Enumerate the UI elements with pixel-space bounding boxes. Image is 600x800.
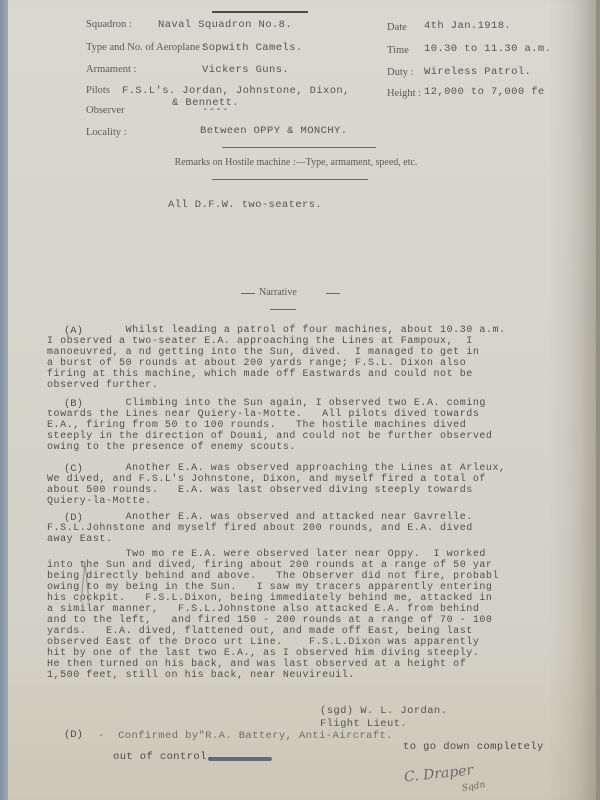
- typed-rank: Flight Lieut.: [320, 718, 407, 730]
- pencil-mark-icon: [78, 560, 92, 604]
- narrative-line: He then turned on his back, and was last…: [47, 659, 466, 670]
- narrative-heading: Narrative: [259, 287, 297, 298]
- narrative-underline: [270, 309, 296, 310]
- remarks-heading: Remarks on Hostile machine :—Type, armam…: [0, 157, 596, 168]
- narrative-line: manoeuvred, a nd getting into the Sun, d…: [47, 347, 479, 358]
- remarks-text: All D.F.W. two-seaters.: [168, 199, 322, 211]
- label-time: Time: [387, 45, 409, 56]
- narrative-line: towards the Lines near Quiery-la-Motte. …: [47, 409, 479, 420]
- value-pilots: F.S.L's. Jordan, Johnstone, Dixon,: [122, 85, 350, 97]
- confirmation-insert: to go down completely: [403, 741, 544, 753]
- narrative-line: being directly behind and above. The Obs…: [47, 571, 499, 582]
- confirmation-line-2: out of control.: [113, 751, 214, 763]
- label-aeroplane: Type and No. of Aeroplane :: [86, 42, 205, 53]
- narrative-line: firing at this machine, which made off E…: [47, 369, 473, 380]
- narrative-dash-right: [326, 293, 340, 294]
- value-squadron: Naval Squadron No.8.: [158, 19, 292, 31]
- value-locality: Between OPPY & MONCHY.: [200, 125, 347, 137]
- narrative-line: I observed a two-seater E.A. approaching…: [47, 336, 473, 347]
- struck-out-text: [208, 757, 272, 761]
- label-height: Height :: [387, 88, 421, 99]
- narrative-line: Another E.A. was observed and attacked n…: [47, 512, 473, 523]
- value-armament: Vickers Guns.: [202, 64, 289, 76]
- narrative-line: observed East of the Droco urt Line. F.S…: [47, 637, 479, 648]
- label-armament: Armament :: [86, 64, 136, 75]
- narrative-line: a burst of 50 rounds at about 200 yards …: [47, 358, 466, 369]
- narrative-line: F.S.L.Johnstone and myself fired about 2…: [47, 523, 473, 534]
- narrative-line: E.A., firing from 50 to 100 rounds. The …: [47, 420, 466, 431]
- narrative-dash-left: [241, 293, 255, 294]
- narrative-line: and to the left, and fired 150 - 200 rou…: [47, 615, 492, 626]
- typed-signature: (sgd) W. L. Jordan.: [320, 705, 447, 717]
- label-observer: Observer: [86, 105, 124, 116]
- label-squadron: Squadron :: [86, 19, 132, 30]
- paragraph-marker-d-confirm: (D): [64, 729, 83, 741]
- narrative-line: hit by one of the last two E.A., as I ob…: [47, 648, 479, 659]
- narrative-line: 1,500 feet, still on his back, near Neuv…: [47, 670, 355, 681]
- narrative-line: We dived, and F.S.L's Johnstone, Dixon, …: [47, 474, 486, 485]
- narrative-line: Whilst leading a patrol of four machines…: [47, 325, 506, 336]
- confirmation-line-1: - Confirmed by"R.A. Battery, Anti-Aircra…: [98, 730, 393, 742]
- label-pilots: Pilots: [86, 85, 110, 96]
- value-date: 4th Jan.1918.: [424, 20, 511, 32]
- narrative-line: Climbing into the Sun again, I observed …: [47, 398, 486, 409]
- narrative-line: yards. E.A. dived, flattened out, and ma…: [47, 626, 473, 637]
- value-duty: Wireless Patrol.: [424, 66, 531, 78]
- remarks-rule-top: [222, 147, 376, 148]
- narrative-line: Another E.A. was observed approaching th…: [47, 463, 506, 474]
- page-shadow: [548, 0, 596, 800]
- remarks-rule-bottom: [212, 179, 368, 180]
- narrative-line: about 500 rounds. E.A. was last observed…: [47, 485, 473, 496]
- narrative-line: a similar manner, F.S.L.Johnstone also a…: [47, 604, 479, 615]
- narrative-line: away East.: [47, 534, 113, 545]
- narrative-line: owing to my being in the Sun. I saw my t…: [47, 582, 492, 593]
- label-date: Date: [387, 22, 407, 33]
- value-time: 10.30 to 11.30 a.m.: [424, 43, 551, 55]
- narrative-line: observed further.: [47, 380, 158, 391]
- value-observer: ----: [202, 104, 229, 116]
- header-rule: [212, 11, 308, 13]
- value-height: 12,000 to 7,000 fe: [424, 86, 545, 98]
- narrative-line: his cockpit. F.S.L.Dixon, being immediat…: [47, 593, 492, 604]
- value-aeroplane: Sopwith Camels.: [202, 42, 303, 54]
- label-duty: Duty :: [387, 67, 414, 78]
- narrative-line: owing to the presence of enemy scouts.: [47, 442, 296, 453]
- narrative-line: Quiery-la-Motte.: [47, 496, 152, 507]
- narrative-line: Two mo re E.A. were observed later near …: [47, 549, 486, 560]
- narrative-line: into the Sun and dived, firing about 200…: [47, 560, 492, 571]
- label-locality: Locality :: [86, 127, 127, 138]
- narrative-line: steeply in the direction of Douai, and c…: [47, 431, 492, 442]
